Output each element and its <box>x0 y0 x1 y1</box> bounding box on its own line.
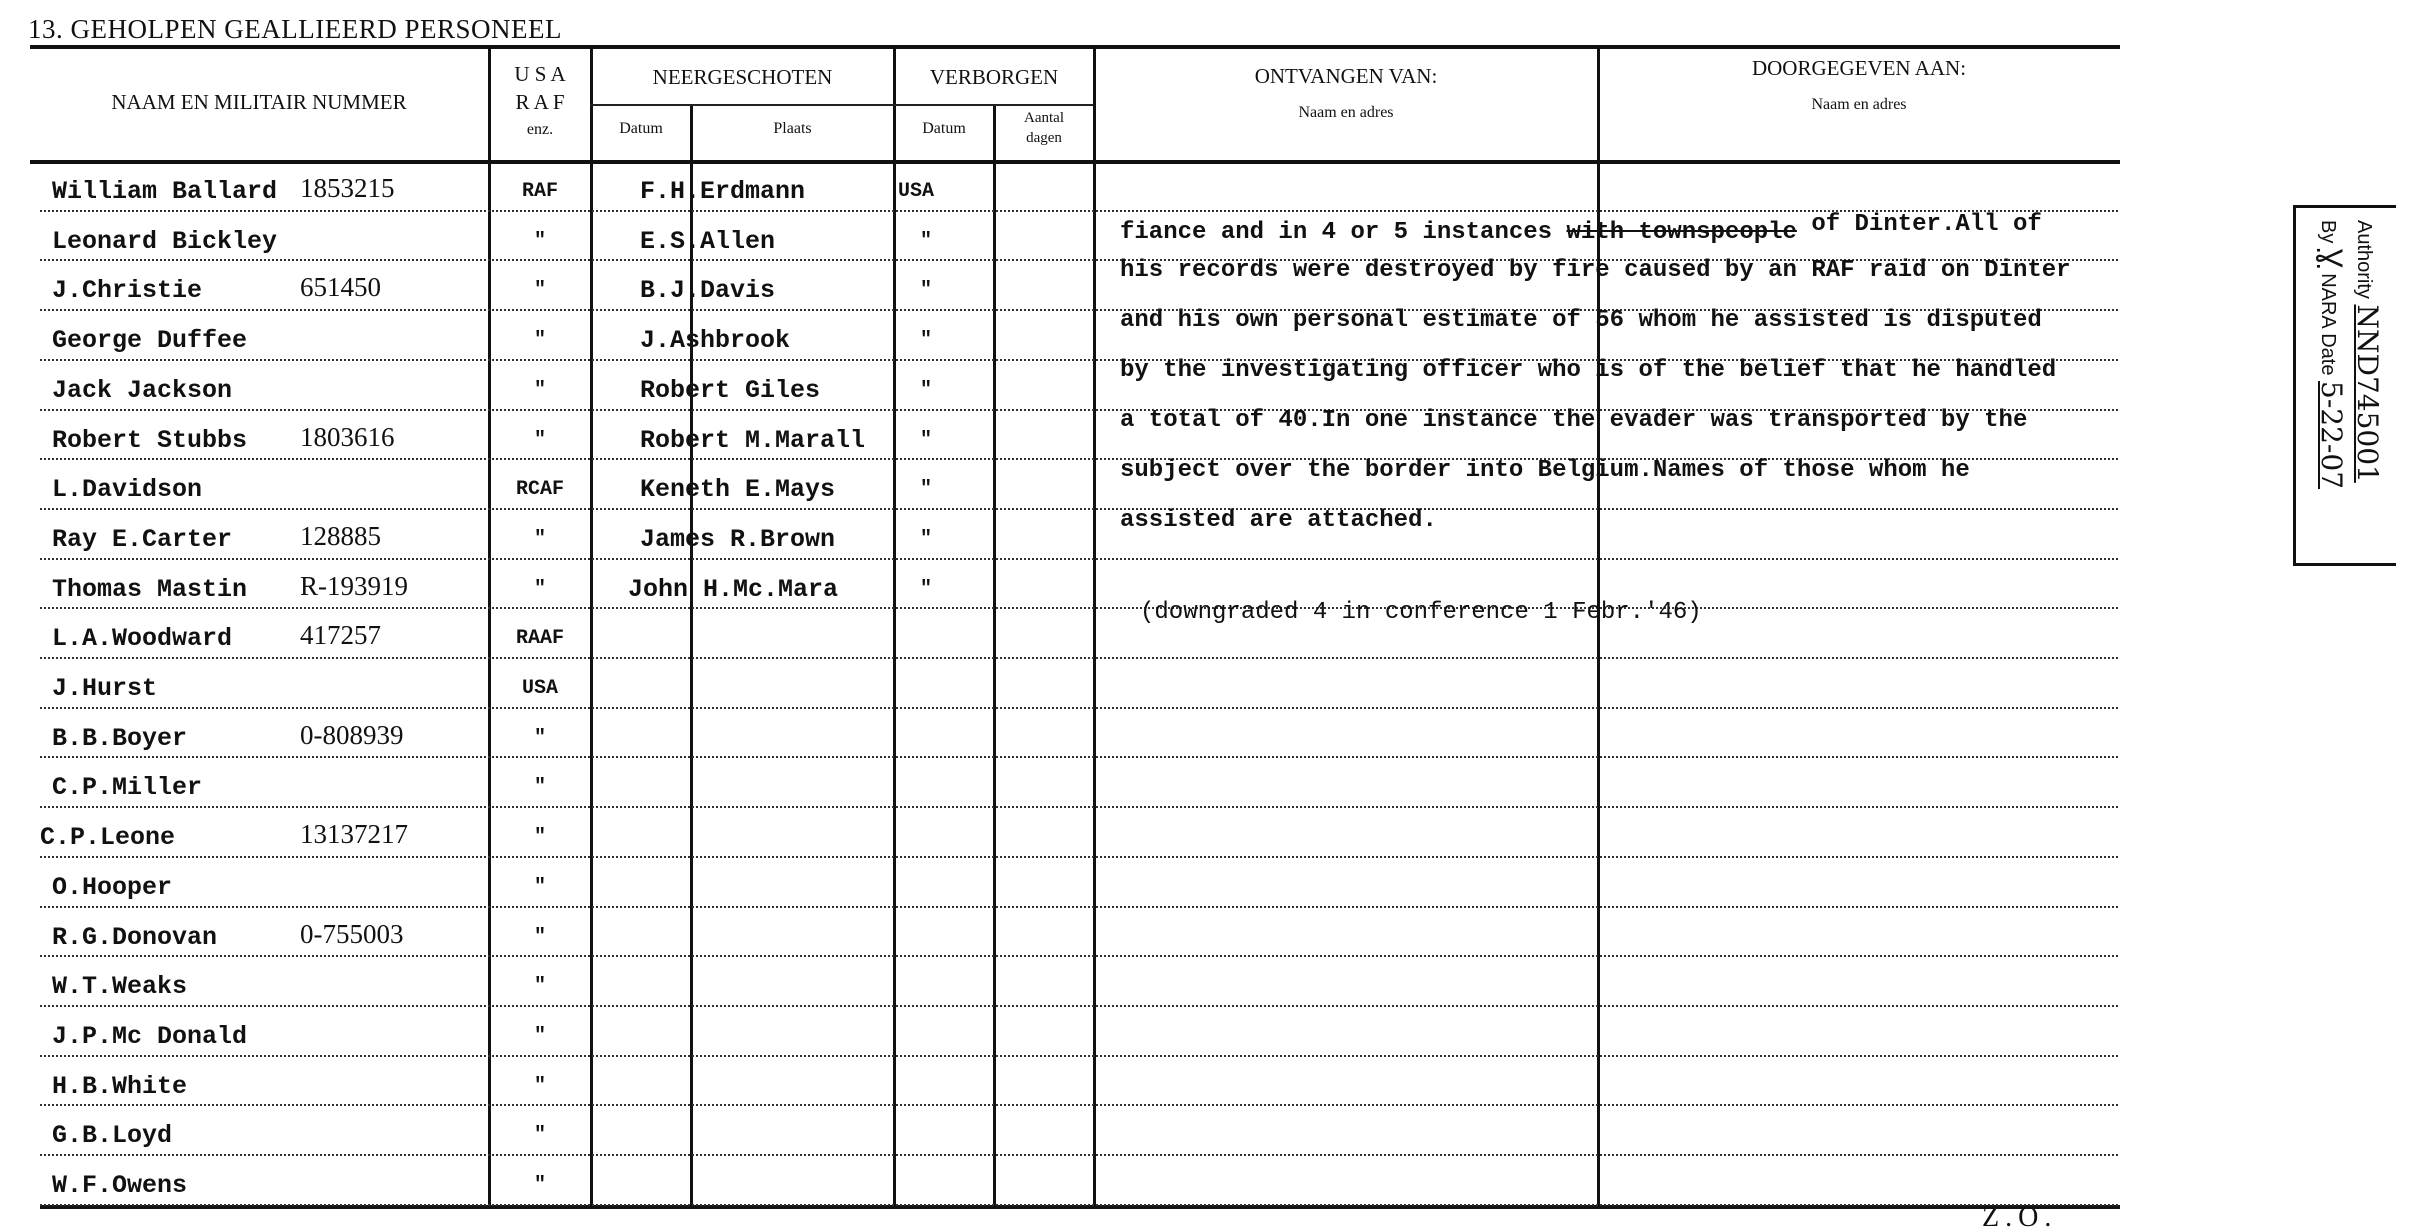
row-rule <box>40 1005 2118 1007</box>
force-cell: " <box>492 1121 588 1151</box>
narrative-line-1-text: fiance and in 4 or 5 instances <box>1120 219 1566 246</box>
shotdown-subheader-line <box>590 104 893 106</box>
personnel-name: J.P.Mc Donald <box>52 1022 247 1052</box>
header-shot-down: NEERGESCHOTEN <box>592 65 893 90</box>
header-shot-down-place: Plaats <box>692 120 893 138</box>
force-cell: " <box>492 724 588 754</box>
second-force-cell: " <box>920 276 932 306</box>
second-force-cell: " <box>920 376 932 406</box>
header-hidden-days-line2: dagen <box>995 128 1093 148</box>
military-number: 128885 <box>300 521 381 551</box>
force-cell: " <box>492 1171 588 1201</box>
header-hidden-days: Aantal dagen <box>995 108 1093 148</box>
row-rule <box>40 756 2118 758</box>
force-cell: " <box>492 525 588 555</box>
narrative-line-5: a total of 40.In one instance the evader… <box>1120 406 2027 436</box>
second-personnel-name: J.Ashbrook <box>640 326 790 356</box>
section-title: 13. GEHOLPEN GEALLIEERD PERSONEEL <box>28 14 562 45</box>
second-personnel-name: John H.Mc.Mara <box>628 575 838 605</box>
narrative-line-6: subject over the border into Belgium.Nam… <box>1120 456 1970 486</box>
personnel-name: J.Christie <box>52 276 202 306</box>
second-force-cell: " <box>920 525 932 555</box>
row-rule <box>40 955 2118 957</box>
header-bottom-border <box>30 160 2120 164</box>
row-rule <box>40 558 2118 560</box>
personnel-name: R.G.Donovan <box>52 923 217 953</box>
row-rule <box>40 906 2118 908</box>
second-personnel-name: B.J.Davis <box>640 276 775 306</box>
second-personnel-name: Robert Giles <box>640 376 820 406</box>
force-cell: " <box>492 276 588 306</box>
personnel-name: Ray E.Carter <box>52 525 232 555</box>
personnel-name: L.A.Woodward <box>52 624 232 654</box>
declassification-stamp: Authority NND745001 By Ɣ NARA Date 5-22-… <box>2293 205 2396 566</box>
divider-force-shotdate <box>590 45 593 1207</box>
force-cell: " <box>492 326 588 356</box>
header-hidden-days-line1: Aantal <box>995 108 1093 128</box>
force-cell: " <box>492 823 588 853</box>
personnel-name: Thomas Mastin <box>52 575 247 605</box>
second-force-cell: USA <box>898 177 934 207</box>
military-number: 1803616 <box>300 422 395 452</box>
second-force-cell: " <box>920 426 932 456</box>
narrative-struck-text: with townspeople <box>1566 219 1796 246</box>
header-shot-down-date: Datum <box>592 120 690 138</box>
force-cell: " <box>492 873 588 903</box>
personnel-name: H.B.White <box>52 1072 187 1102</box>
header-hidden-date: Datum <box>895 120 993 138</box>
personnel-name: B.B.Boyer <box>52 724 187 754</box>
row-rule <box>40 508 2118 510</box>
second-personnel-name: Keneth E.Mays <box>640 475 835 505</box>
personnel-name: William Ballard <box>52 177 277 207</box>
personnel-name: Robert Stubbs <box>52 426 247 456</box>
downgrade-note: (downgraded 4 in conference 1 Febr.'46) <box>1140 598 1702 628</box>
personnel-name: George Duffee <box>52 326 247 356</box>
row-rule <box>40 806 2118 808</box>
personnel-name: Jack Jackson <box>52 376 232 406</box>
second-force-cell: " <box>920 326 932 356</box>
force-cell: RCAF <box>492 475 588 505</box>
personnel-name: Leonard Bickley <box>52 227 277 257</box>
military-number: 13137217 <box>300 819 408 849</box>
table-top-border <box>30 45 2120 49</box>
second-personnel-name: James R.Brown <box>640 525 835 555</box>
stamp-by-line: By Ɣ NARA Date 5-22-07 <box>2314 220 2348 489</box>
personnel-name: C.P.Leone <box>40 823 175 853</box>
hidden-subheader-line <box>893 104 1093 106</box>
narrative-line-4: by the investigating officer who is of t… <box>1120 356 2056 386</box>
divider-days-received <box>1093 45 1096 1207</box>
row-rule <box>40 1104 2118 1106</box>
narrative-line-3: and his own personal estimate of 56 whom… <box>1120 306 2042 336</box>
stamp-authority: Authority NND745001 <box>2351 220 2384 483</box>
military-number: 0-755003 <box>300 919 404 949</box>
stamp-initials: Ɣ <box>2315 249 2348 268</box>
header-force: U S A R A F enz. <box>490 60 590 144</box>
second-force-cell: " <box>920 575 932 605</box>
force-cell: RAAF <box>492 624 588 654</box>
header-name: NAAM EN MILITAIR NUMMER <box>30 90 488 115</box>
header-hidden: VERBORGEN <box>895 65 1093 90</box>
row-rule <box>40 707 2118 709</box>
narrative-line-1: fiance and in 4 or 5 instances with town… <box>1120 218 2042 248</box>
second-personnel-name: E.S.Allen <box>640 227 775 257</box>
row-rule <box>40 856 2118 858</box>
personnel-name: L.Davidson <box>52 475 202 505</box>
military-number: 651450 <box>300 272 381 302</box>
narrative-line-2: his records were destroyed by fire cause… <box>1120 256 2071 286</box>
force-cell: " <box>492 1022 588 1052</box>
header-force-line3: enz. <box>490 116 590 144</box>
narrative-line-1-end: of Dinter.All of <box>1797 211 2042 238</box>
personnel-name: O.Hooper <box>52 873 172 903</box>
stamp-authority-value: NND745001 <box>2351 305 2384 483</box>
personnel-name: C.P.Miller <box>52 773 202 803</box>
force-cell: " <box>492 972 588 1002</box>
force-cell: " <box>492 575 588 605</box>
military-number: 1853215 <box>300 173 395 203</box>
continue-overleaf-marker: Z.O. <box>1982 1202 2057 1232</box>
row-rule <box>40 1055 2118 1057</box>
second-personnel-name: Robert M.Marall <box>640 426 865 456</box>
header-received-from-sub: Naam en adres <box>1095 104 1597 122</box>
row-rule <box>40 607 2118 609</box>
second-force-cell: " <box>920 475 932 505</box>
second-force-cell: " <box>920 227 932 257</box>
stamp-authority-label: Authority <box>2353 220 2375 299</box>
stamp-date-value: 5-22-07 <box>2315 381 2348 489</box>
force-cell: USA <box>492 674 588 704</box>
personnel-name: W.T.Weaks <box>52 972 187 1002</box>
military-number: 417257 <box>300 620 381 650</box>
row-rule <box>40 657 2118 659</box>
personnel-name: G.B.Loyd <box>52 1121 172 1151</box>
military-number: R-193919 <box>300 571 408 601</box>
header-force-line1: U S A <box>490 60 590 88</box>
military-number: 0-808939 <box>300 720 404 750</box>
second-personnel-name: F.H.Erdmann <box>640 177 805 207</box>
divider-place-hiddendate <box>893 45 896 1207</box>
header-force-line2: R A F <box>490 88 590 116</box>
force-cell: " <box>492 227 588 257</box>
narrative-line-7: assisted are attached. <box>1120 506 1437 536</box>
header-passed-to-sub: Naam en adres <box>1599 96 2119 114</box>
stamp-agency-date-label: NARA Date <box>2317 273 2339 375</box>
row-rule <box>40 1154 2118 1156</box>
stamp-by-label: By <box>2317 220 2339 243</box>
force-cell: " <box>492 923 588 953</box>
force-cell: " <box>492 426 588 456</box>
force-cell: " <box>492 1072 588 1102</box>
row-rule <box>40 1204 2118 1206</box>
force-cell: " <box>492 376 588 406</box>
force-cell: RAF <box>492 177 588 207</box>
header-received-from: ONTVANGEN VAN: <box>1095 64 1597 89</box>
personnel-name: J.Hurst <box>52 674 157 704</box>
force-cell: " <box>492 773 588 803</box>
personnel-name: W.F.Owens <box>52 1171 187 1201</box>
divider-name-force <box>488 45 491 1207</box>
header-passed-to: DOORGEGEVEN AAN: <box>1599 56 2119 81</box>
